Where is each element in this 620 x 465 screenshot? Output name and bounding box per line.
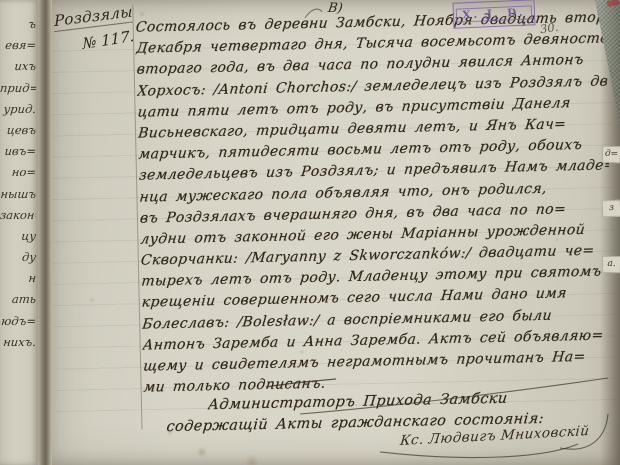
ruled-text-layer: Состоялось въ деревни Замбски, Ноября дв… bbox=[47, 0, 620, 465]
previous-page-fragment: цевъ bbox=[0, 120, 37, 141]
previous-page-fragment: ать bbox=[0, 289, 37, 310]
paper-tab-fragment: з bbox=[602, 200, 620, 218]
paper-tab-fragment: а. bbox=[602, 256, 620, 273]
previous-page-fragment: ду bbox=[0, 247, 37, 268]
previous-page-fragments: ъевя=ихъприд=урид.цевъивъ=но=нышъзакон=ц… bbox=[0, 14, 36, 353]
margin-column: Роздзялы № 117. bbox=[52, 6, 139, 53]
previous-page-fragment: нышъ bbox=[0, 184, 37, 205]
document-photo: ъевя=ихъприд=урид.цевъивъ=но=нышъзакон=ц… bbox=[0, 0, 620, 465]
paper-tab-fragment: д= bbox=[602, 146, 620, 164]
previous-page-fragment: закон= bbox=[0, 205, 37, 226]
previous-page-fragment: прид= bbox=[0, 78, 37, 99]
previous-page-fragment: нихъ. bbox=[0, 332, 37, 353]
xjd-stamp-text: X. J. D. bbox=[456, 5, 532, 22]
previous-page-fragment: н bbox=[0, 268, 37, 289]
previous-page-fragment: евя= bbox=[0, 35, 37, 56]
page-number: 30. bbox=[539, 20, 559, 36]
margin-place-name: Роздзялы bbox=[54, 2, 133, 32]
previous-page-fragment: цу bbox=[0, 226, 37, 247]
previous-page-fragment: ихъ bbox=[0, 56, 37, 77]
binding-crease bbox=[38, 0, 52, 465]
margin-act-number: № 117. bbox=[82, 27, 135, 53]
record-page: Роздзялы № 117. В) X. J. D. 30. Состояло… bbox=[52, 0, 620, 465]
previous-page-fragment: ивъ= bbox=[0, 141, 37, 162]
previous-page-fragment: юдъ= bbox=[0, 311, 37, 332]
previous-page-fragment: но= bbox=[0, 162, 37, 183]
previous-page-fragment: урид. bbox=[0, 99, 37, 120]
previous-page-fragment: ъ bbox=[0, 14, 37, 35]
insertion-mark: В) bbox=[327, 1, 344, 16]
xjd-stamp: X. J. D. bbox=[452, 0, 535, 29]
previous-page-edge: ъевя=ихъприд=урид.цевъивъ=но=нышъзакон=ц… bbox=[0, 0, 38, 465]
record-body-text: Состоялось въ деревни Замбски, Ноября дв… bbox=[136, 7, 614, 399]
